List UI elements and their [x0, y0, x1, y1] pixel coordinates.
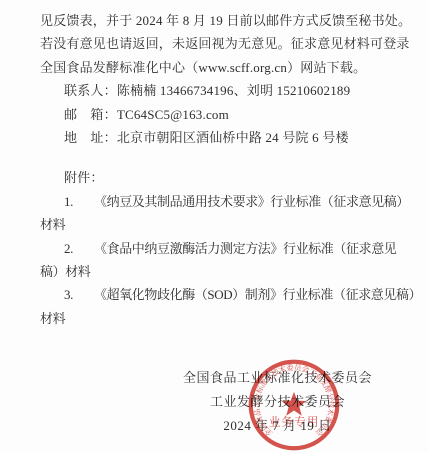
signature-date: 2024 年 7 月 19 日 — [183, 414, 372, 438]
body-line-2: 若没有意见也请返回，未返回视为无意见。征求意见材料可登录 — [40, 32, 392, 55]
attachment-item-1: 1.《纳豆及其制品通用技术要求》行业标准（征求意见稿） — [40, 190, 392, 213]
signature-org-line-2: 工业发酵分技术委员会 — [183, 390, 372, 414]
contact-value: 陈楠楠 13466734196、刘明 15210602189 — [117, 83, 351, 98]
attachment-item-2: 2.《食品中纳豆激酶活力测定方法》行业标准（征求意见 — [40, 237, 392, 260]
attachment-item-1-wrap: 材料 — [40, 213, 392, 236]
attachment-title: 《纳豆及其制品通用技术要求》行业标准（征求意见稿） — [94, 194, 409, 209]
contact-row-email: 邮 箱：TC64SC5@163.com — [40, 103, 392, 126]
attachment-item-2-wrap: 稿）材料 — [40, 260, 392, 283]
attachments-heading: 附件： — [40, 166, 392, 189]
contact-row-address: 地 址：北京市朝阳区酒仙桥中路 24 号院 6 号楼 — [40, 126, 392, 149]
contact-value: 北京市朝阳区酒仙桥中路 24 号院 6 号楼 — [117, 130, 349, 145]
contact-label: 邮 箱： — [64, 103, 117, 126]
contact-row-person: 联系人：陈楠楠 13466734196、刘明 15210602189 — [40, 79, 392, 102]
signature-org-line-1: 全国食品工业标准化技术委员会 — [183, 366, 372, 390]
attachment-item-3-wrap: 材料 — [40, 307, 392, 330]
attachment-title: 《超氧化物歧化酶（SOD）制剂》行业标准（征求意见稿） — [94, 287, 421, 302]
attachment-title: 《食品中纳豆激酶活力测定方法》行业标准（征求意见 — [94, 241, 396, 256]
contact-value: TC64SC5@163.com — [117, 107, 229, 122]
body-line-1: 见反馈表，并于 2024 年 8 月 19 日前以邮件方式反馈至秘书处。 — [40, 9, 392, 32]
contact-label: 地 址： — [64, 126, 117, 149]
signature-block: 全国食品工业标准化技术委员会 工业发酵分技术委员会 2024 年 7 月 19 … — [183, 366, 372, 438]
body-line-3: 全国食品发酵标准化中心（www.scff.org.cn）网站下载。 — [40, 56, 392, 79]
attachment-item-3: 3.《超氧化物歧化酶（SOD）制剂》行业标准（征求意见稿） — [40, 283, 392, 306]
attachment-number: 2. — [64, 237, 94, 260]
contact-label: 联系人： — [64, 79, 117, 102]
attachment-number: 3. — [64, 283, 94, 306]
blank-line — [40, 149, 392, 166]
attachment-number: 1. — [64, 190, 94, 213]
